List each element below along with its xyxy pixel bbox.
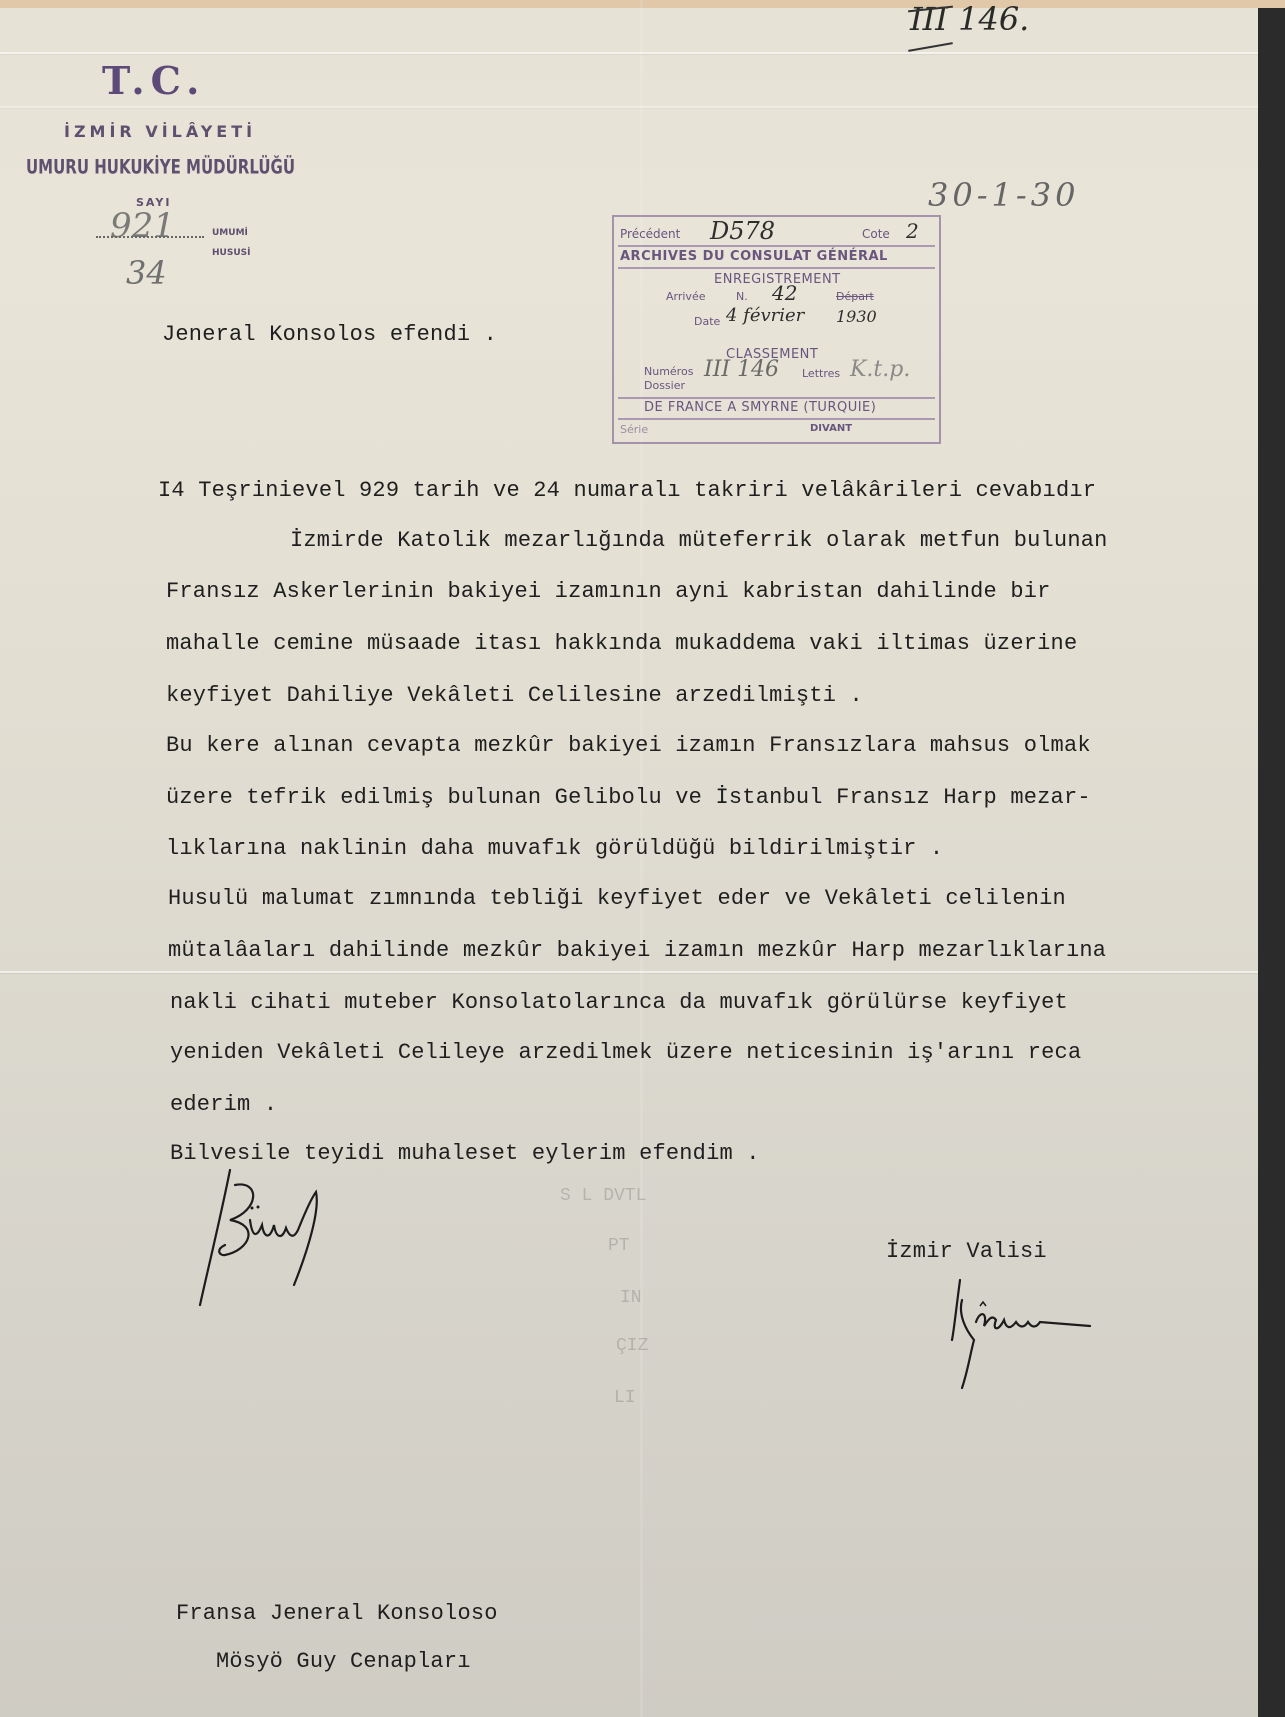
bleed-through-text: PT (608, 1236, 630, 1256)
body-line: İzmirde Katolik mezarlığında müteferrik … (290, 528, 1108, 553)
stamp-divider (618, 245, 935, 247)
stamp-field-hususi: HUSUSİ (212, 248, 250, 258)
serie-value: DIVANT (810, 423, 852, 434)
bleed-through-text: LI (614, 1388, 636, 1408)
cote-value: 2 (906, 219, 919, 243)
stamp-field-umumi: UMUMİ (212, 228, 248, 238)
body-line: ederim . (170, 1092, 277, 1117)
dossier-value: III 146 (704, 357, 779, 382)
arrivee-label: Arrivée (666, 290, 705, 303)
body-line: Husulü malumat zımnında tebliği keyfiyet… (168, 886, 1066, 911)
body-line: Fransız Askerlerinin bakiyei izamının ay… (166, 579, 1051, 604)
body-line: keyfiyet Dahiliye Vekâleti Celilesine ar… (166, 683, 863, 708)
archive-title: ARCHIVES DU CONSULAT GÉNÉRAL (620, 249, 888, 264)
fold-crease (0, 106, 1258, 108)
right-signature-icon (940, 1270, 1100, 1390)
precedent-label: Précédent (620, 227, 680, 241)
top-right-annotation: III 146. (910, 0, 1029, 38)
salutation: Jeneral Konsolos efendi . (162, 322, 497, 347)
addressee-line-1: Fransa Jeneral Konsoloso (176, 1601, 498, 1626)
fold-crease (0, 52, 1258, 54)
serie-label: Série (620, 423, 648, 436)
date-label: Date (694, 315, 720, 328)
lettres-label: Lettres (802, 367, 840, 380)
dossier-label: Dossier (644, 379, 685, 392)
body-line: yeniden Vekâleti Celileye arzedilmek üze… (170, 1040, 1081, 1065)
body-line: üzere tefrik edilmiş bulunan Gelibolu ve… (166, 785, 1091, 810)
depart-label: Départ (836, 290, 874, 303)
stamp-province: İZMİR VİLÂYETİ (64, 122, 256, 141)
bleed-through-text: S L DVTL (560, 1186, 646, 1206)
sayi-dotted-line (96, 236, 204, 238)
stamp-emblem: T.C. (102, 58, 205, 103)
stamp-divider (618, 418, 935, 420)
body-line: lıklarına naklinin daha muvafık görüldüğ… (166, 836, 943, 861)
body-line: mütalâaları dahilinde mezkûr bakiyei iza… (168, 938, 1106, 963)
bleed-through-text: ÇIZ (616, 1336, 648, 1356)
fold-crease (0, 971, 1258, 973)
addressee-line-2: Mösyö Guy Cenapları (216, 1649, 471, 1674)
stamp-sayi-suffix: 34 (126, 254, 167, 292)
stamp-divider (618, 267, 935, 269)
bleed-through-text: IN (620, 1288, 642, 1308)
n-value: 42 (772, 281, 797, 305)
date-annotation: 30-1-30 (928, 176, 1079, 214)
stamp-sayi-value: 921 (110, 206, 175, 246)
body-line: Bu kere alınan cevapta mezkûr bakiyei iz… (166, 733, 1091, 758)
lettres-value: K.t.p. (850, 357, 910, 382)
signatory-title: İzmir Valisi (886, 1239, 1047, 1264)
date-value: 4 février (726, 305, 804, 326)
body-line: mahalle cemine müsaade itası hakkında mu… (166, 631, 1077, 656)
body-line: nakli cihati muteber Konsolatolarınca da… (170, 990, 1068, 1015)
archive-stamp: Précédent D578 Cote 2 ARCHIVES DU CONSUL… (612, 215, 941, 444)
left-signature-icon (190, 1160, 390, 1310)
cote-label: Cote (862, 227, 890, 241)
stamp-footer: DE FRANCE A SMYRNE (TURQUIE) (644, 400, 876, 415)
numeros-label: Numéros (644, 365, 693, 378)
stamp-divider (618, 397, 935, 399)
year-value: 1930 (836, 307, 877, 326)
n-label: N. (736, 290, 748, 303)
body-line: I4 Teşrinievel 929 tarih ve 24 numaralı … (158, 478, 1096, 503)
precedent-value: D578 (710, 217, 775, 245)
stamp-directorate: UMURU HUKUKİYE MÜDÜRLÜĞÜ (26, 155, 295, 178)
